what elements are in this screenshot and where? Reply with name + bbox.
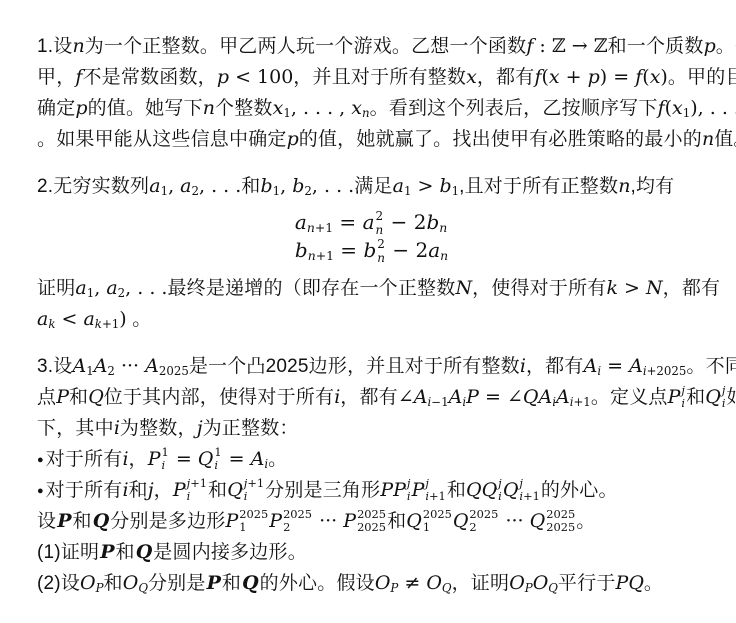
document-page: 1.设n为一个正整数。甲乙两人玩一个游戏。乙想一个函数f : ℤ → ℤ和一个质…: [0, 0, 736, 623]
math-run: Ai = Ai+2025: [584, 355, 687, 377]
math-run: OQ: [123, 572, 148, 594]
text-run: 分别是: [148, 573, 206, 594]
text-line: 证明a1, a2, . . .最终是递增的（即存在一个正整数N，使得对于所有k …: [37, 273, 706, 304]
text-run: (1)证明: [37, 542, 99, 563]
text-run: 。定义点: [591, 387, 668, 408]
math-run: OP: [80, 572, 104, 594]
math-run: ∠Ai−1AiP = ∠QAiAi+1: [398, 386, 591, 408]
text-line: ak < ak+1) 。: [37, 304, 706, 335]
math-run: N: [455, 277, 472, 299]
math-run: k > N: [606, 277, 662, 299]
equation-line: an+1 = a2n − 2bn: [295, 209, 448, 237]
math-run: Pji: [668, 386, 686, 408]
math-run: a1, a2, . . .: [75, 277, 167, 299]
script-letter: P: [206, 572, 222, 594]
text-run: 满足: [354, 176, 392, 197]
text-run: 。不同的: [686, 356, 736, 377]
math-run: n: [203, 97, 215, 119]
script-letter: P: [99, 541, 115, 563]
text-run: 证明: [37, 278, 75, 299]
text-run: 确定: [37, 98, 75, 119]
text-line: 设P和Q分别是多边形P20251P20252 ··· P20252025和Q20…: [37, 506, 706, 537]
text-line: 。如果甲能从这些信息中确定p的值，她就赢了。找出使甲有必胜策略的最小的n值。: [37, 124, 706, 155]
text-run: 平行于: [558, 573, 616, 594]
problem-2: 2.无穷实数列a1, a2, . . .和b1, b2, . . .满足a1 >…: [37, 171, 706, 335]
text-run: 分别是多边形: [110, 511, 225, 532]
math-run: f(x + p) = f(x): [534, 66, 667, 88]
text-run: 。看到这个列表后，乙按顺序写下: [370, 98, 658, 119]
text-line: 下，其中i为整数，j为正整数：: [37, 413, 706, 444]
math-run: A1A2 ··· A2025: [72, 355, 188, 377]
text-run: 为正整数：: [203, 418, 299, 439]
text-run: 对于所有: [46, 480, 123, 501]
math-run: Pj+1i: [173, 479, 208, 501]
text-run: 分别是三角形: [265, 480, 380, 501]
text-run: ，并且对于所有整数: [293, 67, 466, 88]
math-run: f(x1), . . . , f(xn): [658, 97, 736, 119]
script-letter: Q: [92, 510, 111, 532]
math-run: x1, . . . , xn: [273, 97, 370, 119]
text-run: ，使得对于所有: [472, 278, 606, 299]
math-run: PPjiPji+1: [380, 479, 446, 501]
text-line: 3.设A1A2 ··· A2025是一个凸2025边形，并且对于所有整数i，都有…: [37, 351, 706, 382]
math-run: b1, b2, . . .: [260, 175, 354, 197]
math-run: ak < ak+1): [37, 308, 127, 330]
math-run: f : ℤ → ℤ: [526, 35, 607, 57]
math-run: a1, a2, . . .: [149, 175, 241, 197]
text-run: ，都有: [526, 356, 584, 377]
bullet-icon: ●: [37, 485, 46, 497]
bullet-icon: ●: [37, 454, 46, 466]
math-run: P: [56, 386, 69, 408]
document-content: 1.设n为一个正整数。甲乙两人玩一个游戏。乙想一个函数f : ℤ → ℤ和一个质…: [37, 31, 706, 599]
text-run: 和: [241, 176, 260, 197]
text-run: 和: [69, 387, 88, 408]
math-run: QQjiQji+1: [466, 479, 541, 501]
text-run: ，: [154, 480, 173, 501]
text-run: 2.无穷实数列: [37, 176, 149, 197]
math-run: Q: [88, 386, 104, 408]
text-run: 的外心。: [541, 480, 618, 501]
text-run: 。: [644, 573, 663, 594]
text-line: 点P和Q位于其内部，使得对于所有i，都有∠Ai−1AiP = ∠QAiAi+1。…: [37, 382, 706, 413]
math-run: n: [618, 175, 630, 197]
text-run: 如: [727, 387, 736, 408]
text-run: 3.设: [37, 356, 72, 377]
text-run: 点: [37, 387, 56, 408]
text-run: 。: [268, 449, 287, 470]
text-run: 不是常数函数，: [82, 67, 216, 88]
math-run: Qj+1i: [227, 479, 265, 501]
text-run: ，都有: [663, 278, 721, 299]
text-run: 下，其中: [37, 418, 114, 439]
text-run: 。他告诉: [716, 36, 736, 57]
text-line: (1)证明P和Q是圆内接多边形。: [37, 537, 706, 568]
script-letter: Q: [135, 541, 154, 563]
text-run: 。: [576, 511, 595, 532]
text-run: 的值。她写下: [88, 98, 203, 119]
math-run: Qji: [705, 386, 726, 408]
text-run: 是一个凸2025边形，并且对于所有整数: [189, 356, 520, 377]
bullet-item: ●对于所有i，P1i = Q1i = Ai。: [37, 444, 706, 475]
text-run: 。: [127, 309, 152, 330]
bullet-item: ●对于所有i和j，Pj+1i和Qj+1i分别是三角形PPjiPji+1和QQji…: [37, 475, 706, 506]
text-run: 的值，她就赢了。找出使甲有必胜策略的最小的: [299, 129, 702, 150]
math-run: a1 > b1: [393, 175, 460, 197]
math-run: p: [287, 128, 299, 150]
math-run: PQ: [616, 572, 644, 594]
text-run: 和: [73, 511, 92, 532]
text-run: 为整数，: [120, 418, 197, 439]
math-run: p < 100: [217, 66, 293, 88]
math-run: OPOQ: [509, 572, 558, 594]
problem-3: 3.设A1A2 ··· A2025是一个凸2025边形，并且对于所有整数i，都有…: [37, 351, 706, 599]
math-run: p: [704, 35, 716, 57]
text-run: 和: [387, 511, 406, 532]
script-letter: Q: [241, 572, 260, 594]
text-line: 2.无穷实数列a1, a2, . . .和b1, b2, . . .满足a1 >…: [37, 171, 706, 202]
math-run: n: [72, 35, 84, 57]
text-run: 设: [37, 511, 56, 532]
text-run: 是圆内接多边形。: [153, 542, 307, 563]
text-run: 。甲的目标是: [668, 67, 736, 88]
text-run: ，都有: [340, 387, 398, 408]
text-run: ,且对于所有正整数: [459, 176, 618, 197]
script-letter: P: [56, 510, 72, 532]
text-run: 和: [447, 480, 466, 501]
text-run: 个整数: [215, 98, 273, 119]
text-run: ，证明: [452, 573, 510, 594]
text-run: 和一个质数: [608, 36, 704, 57]
text-run: 和: [116, 542, 135, 563]
text-run: 和: [208, 480, 227, 501]
text-run: 甲，: [37, 67, 75, 88]
text-run: 。如果甲能从这些信息中确定: [37, 129, 287, 150]
text-run: 和: [129, 480, 148, 501]
equation-block: an+1 = a2n − 2bnbn+1 = b2n − 2an: [37, 209, 706, 266]
text-run: 最终是递增的（即存在一个正整数: [167, 278, 455, 299]
text-run: ，: [129, 449, 148, 470]
math-run: OP ≠ OQ: [375, 572, 452, 594]
text-run: 和: [222, 573, 241, 594]
math-run: Q20251Q20252 ··· Q20252025: [406, 510, 576, 532]
text-line: 1.设n为一个正整数。甲乙两人玩一个游戏。乙想一个函数f : ℤ → ℤ和一个质…: [37, 31, 706, 62]
equation-line: bn+1 = b2n − 2an: [295, 237, 448, 265]
text-run: 对于所有: [46, 449, 123, 470]
text-run: ，都有: [477, 67, 535, 88]
text-run: 和: [686, 387, 705, 408]
text-line: 确定p的值。她写下n个整数x1, . . . , xn。看到这个列表后，乙按顺序…: [37, 93, 706, 124]
text-line: (2)设OP和OQ分别是P和Q的外心。假设OP ≠ OQ，证明OPOQ平行于PQ…: [37, 568, 706, 599]
text-run: 位于其内部，使得对于所有: [104, 387, 334, 408]
text-line: 甲，f不是常数函数，p < 100，并且对于所有整数x，都有f(x + p) =…: [37, 62, 706, 93]
text-run: ,均有: [630, 176, 674, 197]
text-run: 值。: [714, 129, 736, 150]
text-run: 和: [104, 573, 123, 594]
text-run: (2)设: [37, 573, 80, 594]
math-run: p: [75, 97, 87, 119]
math-run: P20251P20252 ··· P20252025: [225, 510, 387, 532]
math-run: n: [702, 128, 714, 150]
problem-1: 1.设n为一个正整数。甲乙两人玩一个游戏。乙想一个函数f : ℤ → ℤ和一个质…: [37, 31, 706, 155]
math-run: x: [466, 66, 477, 88]
text-run: 为一个正整数。甲乙两人玩一个游戏。乙想一个函数: [85, 36, 527, 57]
math-run: P1i = Q1i = Ai: [148, 448, 268, 470]
text-run: 的外心。假设: [260, 573, 375, 594]
text-run: 1.设: [37, 36, 72, 57]
